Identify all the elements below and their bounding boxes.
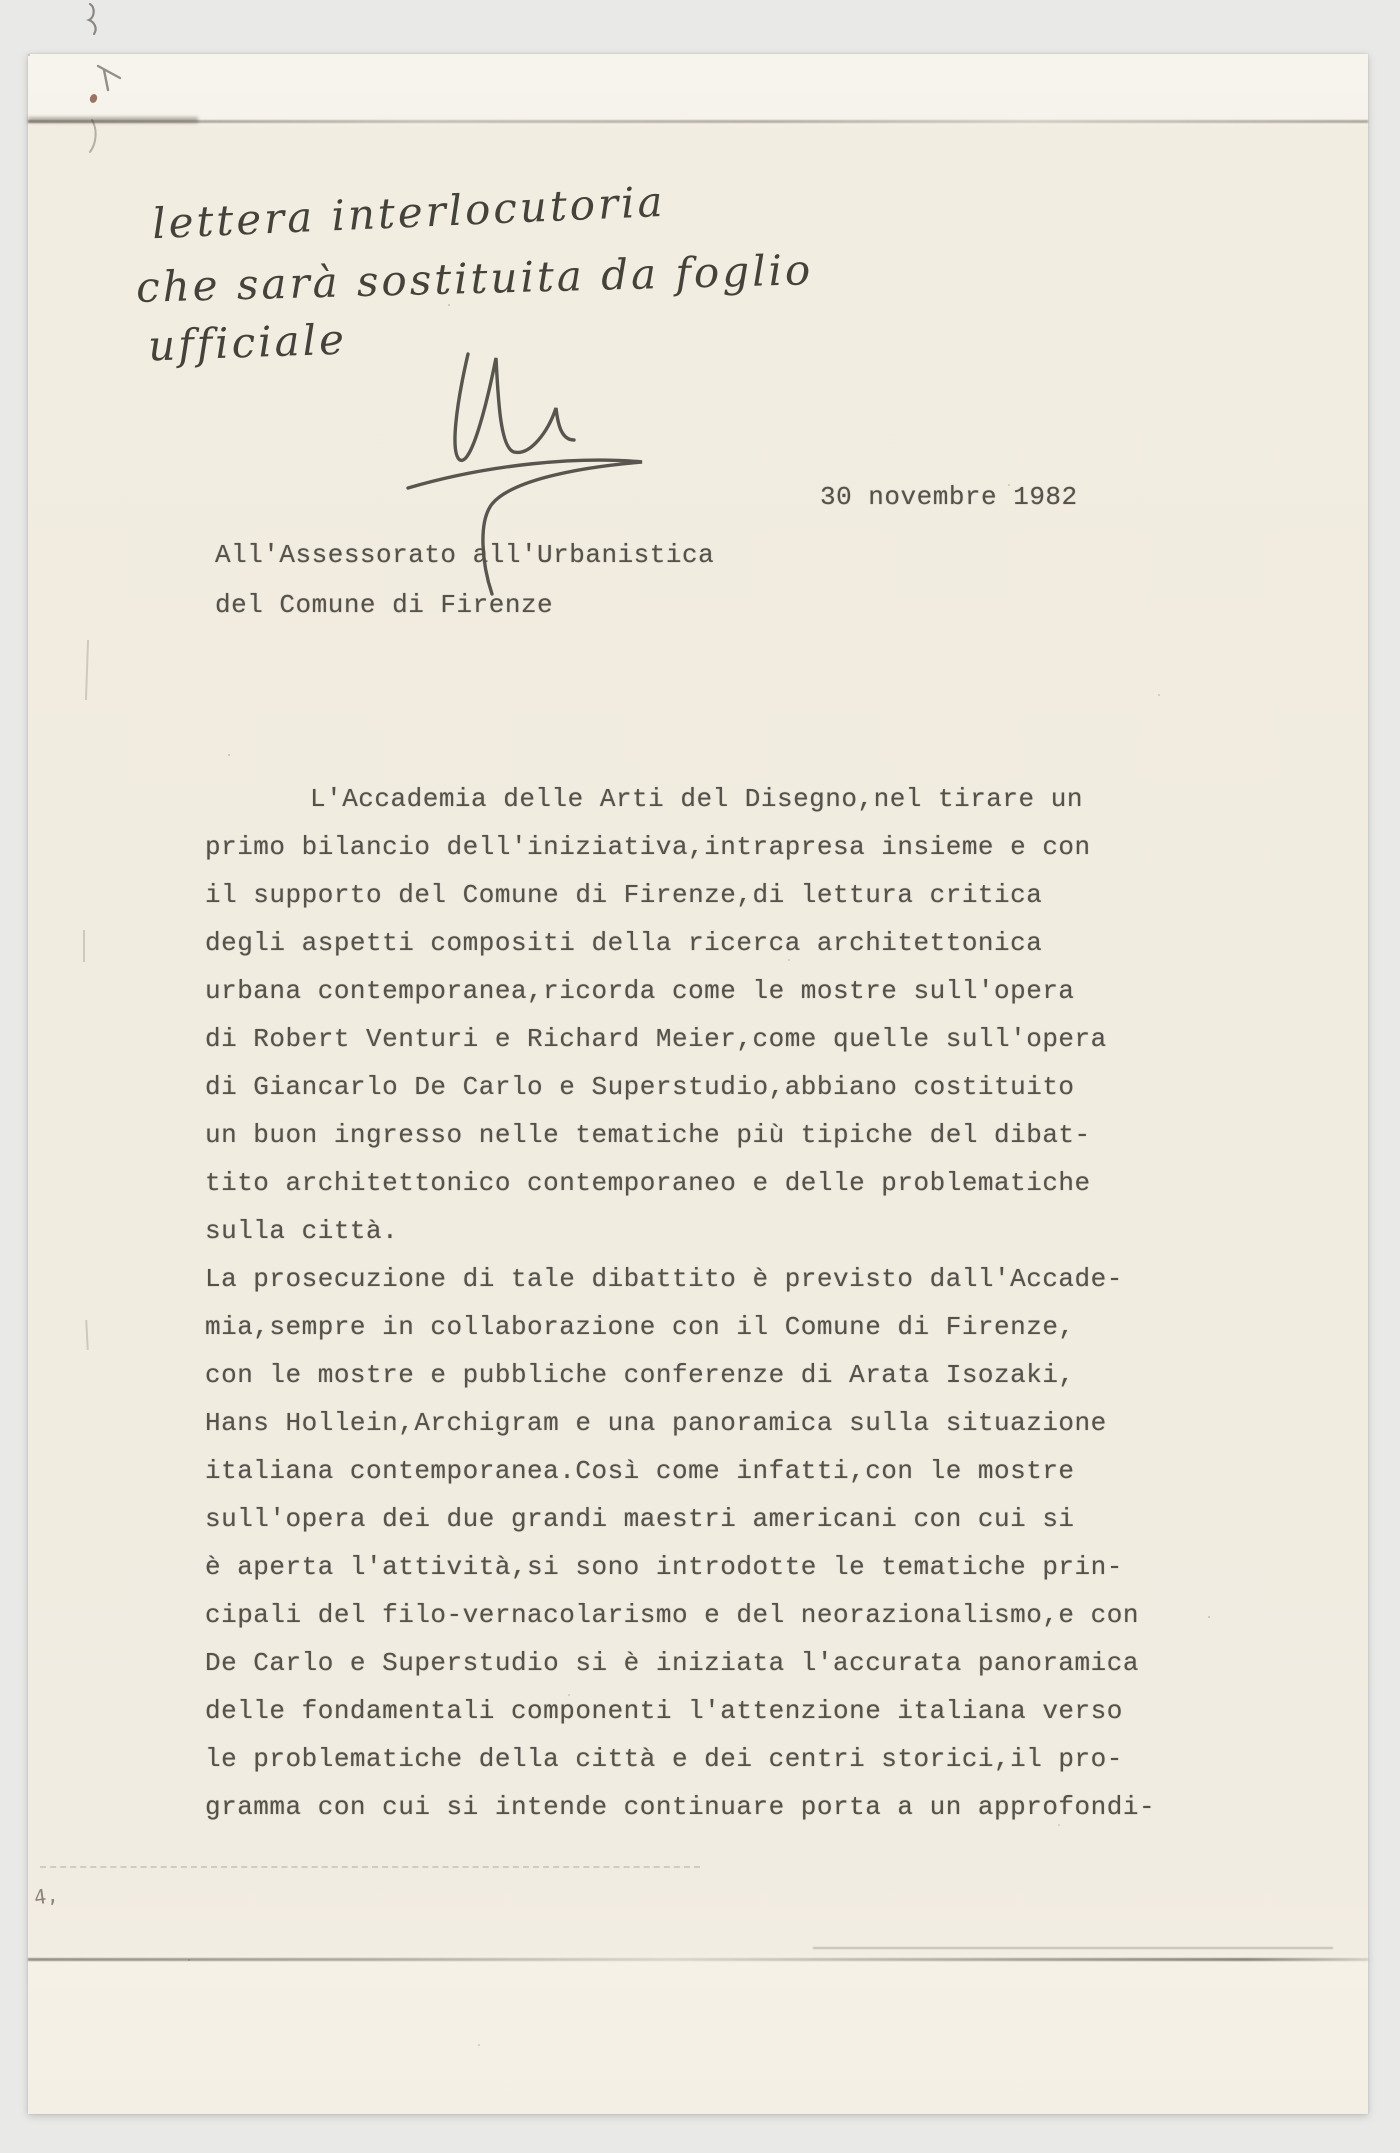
- handwritten-note-line: che sarà sostituita da foglio: [135, 245, 813, 312]
- typed-line: sulla città.: [205, 1216, 1155, 1264]
- corner-fold-marks: [68, 56, 158, 176]
- scan-artifact-mark: [82, 2, 112, 36]
- typed-line: italiana contemporanea.Così come infatti…: [205, 1456, 1155, 1504]
- typed-line: gramma con cui si intende continuare por…: [205, 1792, 1155, 1840]
- typed-line: L'Accademia delle Arti del Disegno,nel t…: [205, 784, 1155, 832]
- letter-body: L'Accademia delle Arti del Disegno,nel t…: [205, 784, 1155, 1840]
- fold-crease-bottom: [28, 1958, 1368, 1961]
- letter-date: 30 novembre 1982: [820, 482, 1078, 512]
- margin-scan-mark: [85, 640, 89, 700]
- typed-line: cipali del filo-vernacolarismo e del neo…: [205, 1600, 1155, 1648]
- typed-line: Hans Hollein,Archigram e una panoramica …: [205, 1408, 1155, 1456]
- handwritten-signature: [390, 336, 680, 626]
- typed-line: La prosecuzione di tale dibattito è prev…: [205, 1264, 1155, 1312]
- corner-pencil-mark: 4,: [32, 1882, 59, 1909]
- typed-line: delle fondamentali componenti l'attenzio…: [205, 1696, 1155, 1744]
- recipient-line: del Comune di Firenze: [215, 590, 553, 620]
- typed-line: urbana contemporanea,ricorda come le mos…: [205, 976, 1155, 1024]
- handwritten-note-line: lettera interlocutoria: [151, 177, 666, 248]
- typed-line: degli aspetti compositi della ricerca ar…: [205, 928, 1155, 976]
- fold-crease-bottom-secondary: [813, 1947, 1333, 1949]
- typed-line: De Carlo e Superstudio si è iniziata l'a…: [205, 1648, 1155, 1696]
- fold-crease-top: [28, 120, 1368, 123]
- typed-line: mia,sempre in collaborazione con il Comu…: [205, 1312, 1155, 1360]
- typed-line: di Robert Venturi e Richard Meier,come q…: [205, 1024, 1155, 1072]
- typed-line: di Giancarlo De Carlo e Superstudio,abbi…: [205, 1072, 1155, 1120]
- typed-line: tito architettonico contemporaneo e dell…: [205, 1168, 1155, 1216]
- faint-crease-line: [40, 1866, 700, 1868]
- typed-line: è aperta l'attività,si sono introdotte l…: [205, 1552, 1155, 1600]
- typed-line: con le mostre e pubbliche conferenze di …: [205, 1360, 1155, 1408]
- typed-line: le problematiche della città e dei centr…: [205, 1744, 1155, 1792]
- margin-scan-mark: [83, 930, 85, 962]
- handwritten-note-line: ufficiale: [147, 315, 347, 371]
- dust-specks: [28, 54, 30, 56]
- margin-scan-mark: [85, 1320, 89, 1350]
- typed-line: primo bilancio dell'iniziativa,intrapres…: [205, 832, 1155, 880]
- typed-line: un buon ingresso nelle tematiche più tip…: [205, 1120, 1155, 1168]
- letter-page: 4, lettera interlocutoria che sarà sosti…: [28, 54, 1368, 2114]
- typed-line: sull'opera dei due grandi maestri americ…: [205, 1504, 1155, 1552]
- typed-line: il supporto del Comune di Firenze,di let…: [205, 880, 1155, 928]
- recipient-line: All'Assessorato all'Urbanistica: [215, 540, 714, 570]
